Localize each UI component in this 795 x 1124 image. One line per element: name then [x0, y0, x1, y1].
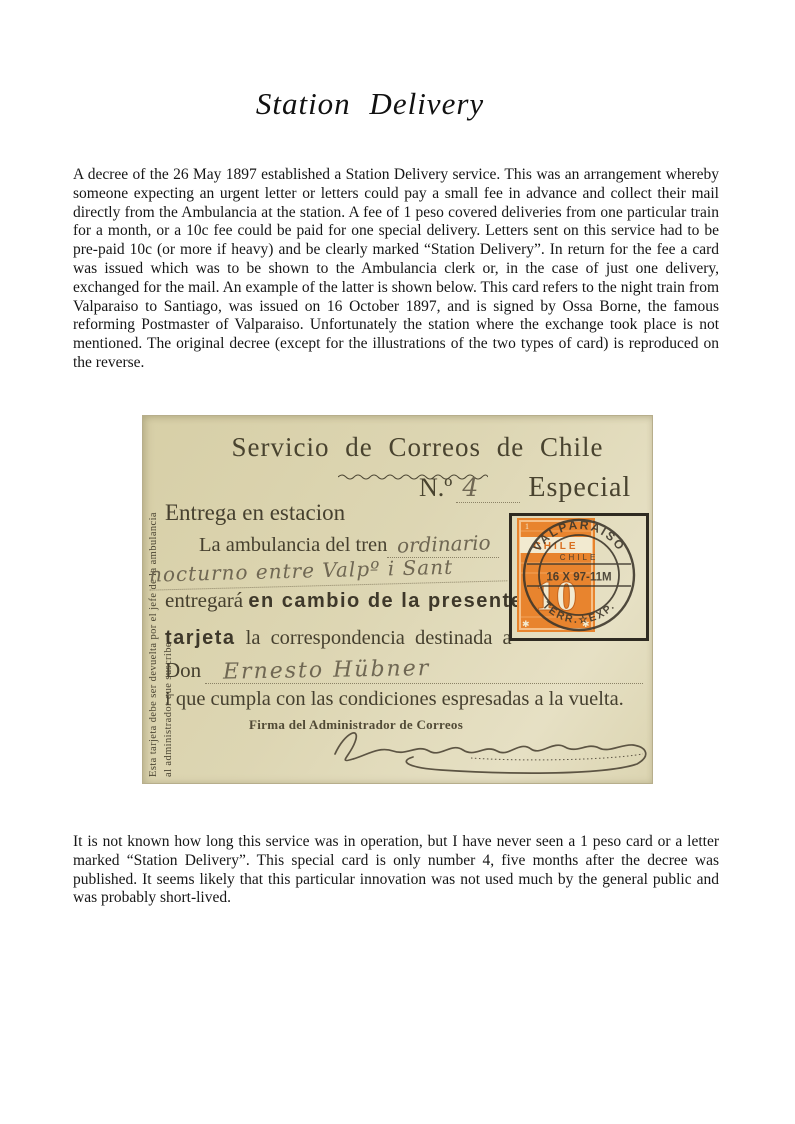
document-page: Station Delivery A decree of the 26 May … — [0, 0, 795, 1124]
tarjeta-row: tarjeta la correspondencia destinada a — [165, 627, 512, 650]
tarjeta-bold: tarjeta — [165, 627, 236, 649]
stamp-star-left: ✱ — [522, 619, 530, 629]
don-label: Don — [165, 658, 201, 683]
entregara-row: entregará en cambio de la presente — [165, 588, 523, 613]
page-title: Station Delivery — [0, 86, 740, 122]
especial-label: Especial — [528, 472, 631, 504]
ambulancia-printed: La ambulancia del tren — [199, 534, 387, 556]
signature-flourish — [321, 714, 661, 778]
encambio-bold: en cambio de la presente — [248, 590, 523, 612]
closing-paragraph: It is not known how long this service wa… — [73, 833, 719, 908]
conditions-line: i que cumpla con las condiciones espresa… — [165, 688, 624, 711]
hand-recipient-name: Ernesto Hübner — [205, 656, 431, 685]
number-value-handwritten: 4 — [456, 473, 520, 503]
correspondencia-serif: la correspondencia destinada a — [246, 627, 512, 649]
postmark-country: CHILE — [560, 553, 599, 562]
intro-paragraph: A decree of the 26 May 1897 established … — [73, 166, 719, 373]
stamp-box: CHILE 10 1 ✱ ✱ VALPARAISO CHILE — [509, 513, 649, 641]
card-header: Servicio de Correos de Chile — [183, 432, 652, 463]
hand-nocturno-line: nocturno entre Valpº i Sant — [149, 553, 508, 590]
postmark-date: 16 X 97-11M — [546, 572, 611, 584]
entregara-serif: entregará — [165, 588, 243, 612]
stamp-corner-mark: 1 — [525, 522, 529, 531]
card-number-row: N.º 4 Especial — [419, 472, 631, 504]
postal-card-image: Esta tarjeta debe ser devuelta por el je… — [142, 415, 653, 784]
don-row: Don Ernesto Hübner — [165, 658, 643, 684]
number-label: N.º — [419, 473, 452, 503]
dotted-name-line: Ernesto Hübner — [205, 658, 643, 684]
card-side-note-line1: Esta tarjeta debe ser devuelta por el je… — [146, 437, 161, 777]
entrega-line: Entrega en estacion — [165, 500, 345, 526]
